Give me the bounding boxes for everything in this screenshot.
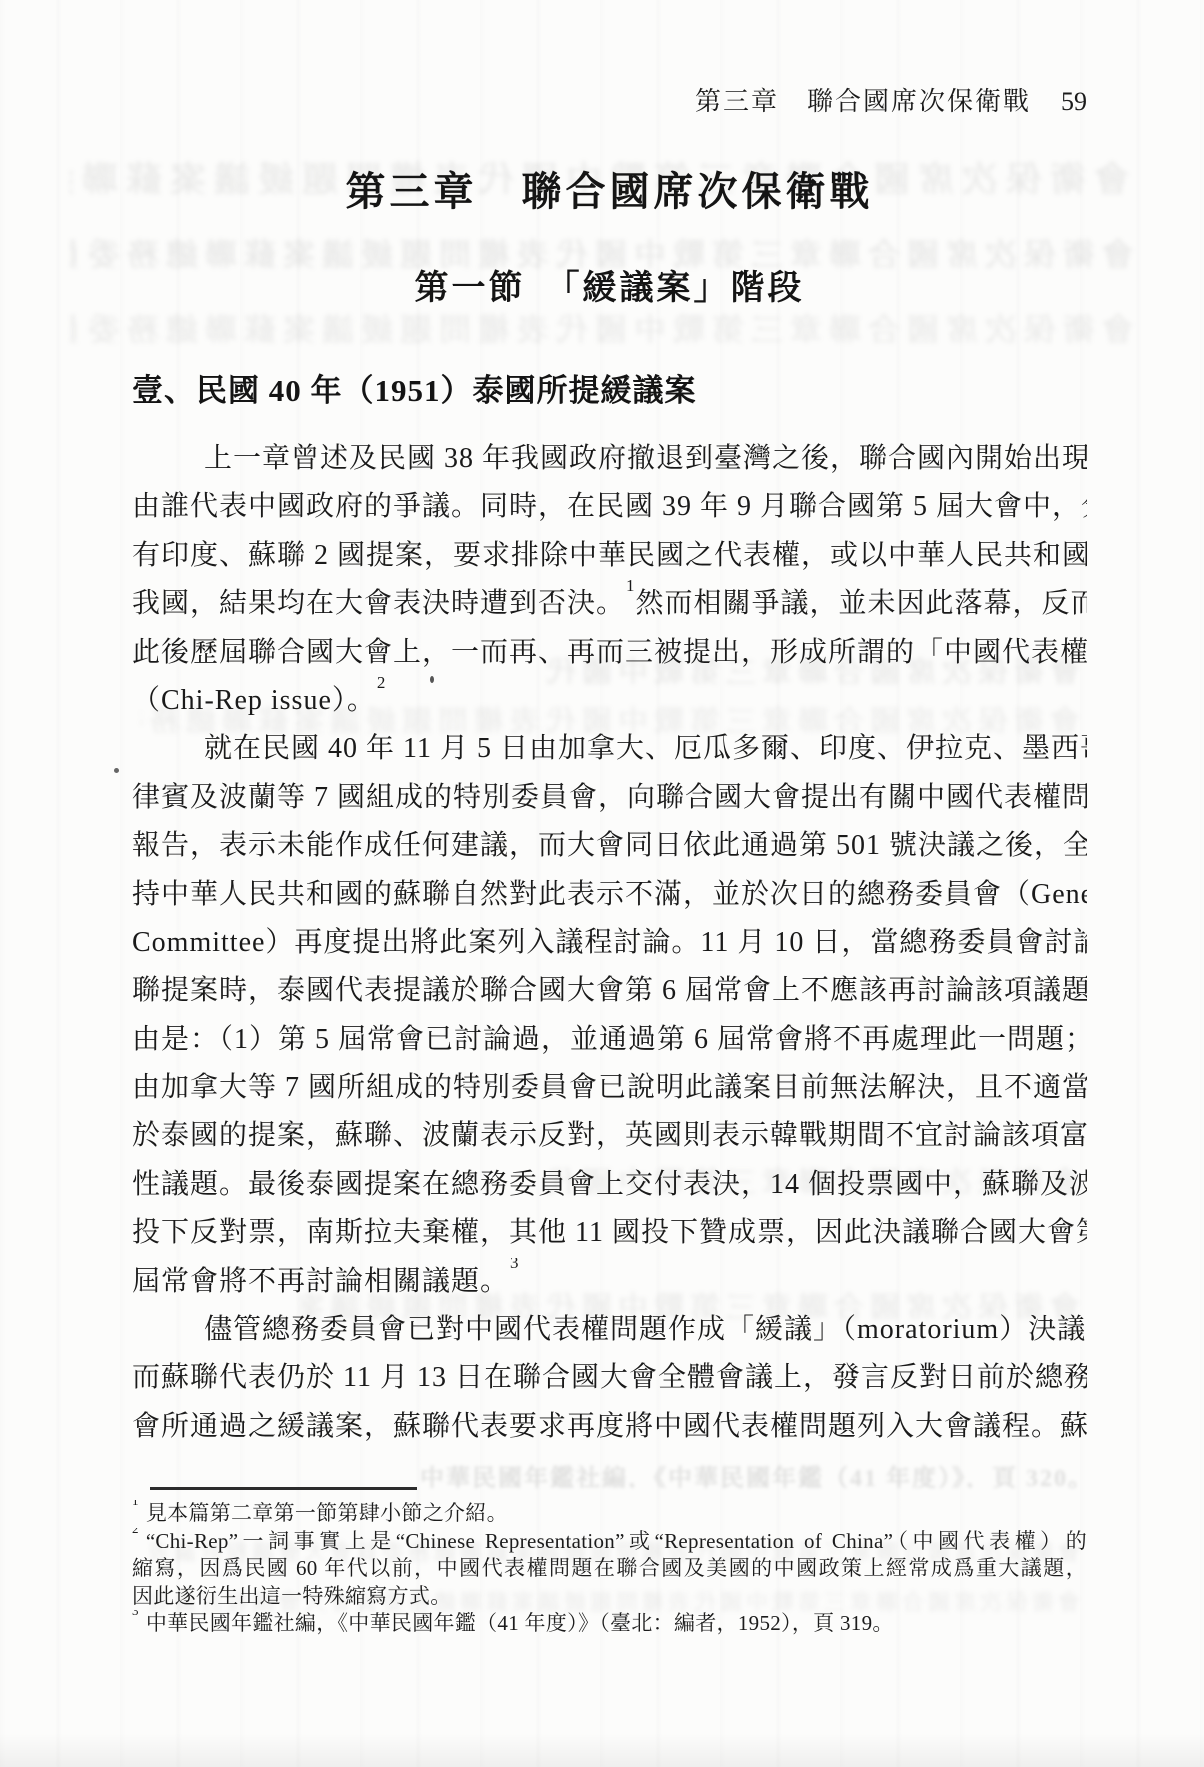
body-line: 而蘇聯代表仍於 11 月 13 日在聯合國大會全體會議上，發言反對日前於總務委員 xyxy=(132,1354,1087,1402)
footnote-text: “Chi-Rep”一詞事實上是“Chinese Representation”或… xyxy=(146,1529,1087,1553)
body-line: 於泰國的提案，蘇聯、波蘭表示反對，英國則表示韓戰期間不宜討論該項富刺激 xyxy=(132,1112,1087,1160)
line-text: 由加拿大等 7 國所組成的特別委員會已說明此議案目前無法解決，且不適當。對 xyxy=(132,1072,1087,1103)
line-text: 聯提案時，泰國代表提議於聯合國大會第 6 屆常會上不應該再討論該項議題，理 xyxy=(132,975,1087,1006)
footnote-ref: 3 xyxy=(510,1258,519,1273)
body-line: 就在民國 40 年 11 月 5 日由加拿大、厄瓜多爾、印度、伊拉克、墨西哥、菲 xyxy=(132,725,1087,773)
body-line: 上一章曾述及民國 38 年我國政府撤退到臺灣之後，聯合國內開始出現應該 xyxy=(132,435,1087,483)
line-text: 而蘇聯代表仍於 11 月 13 日在聯合國大會全體會議上，發言反對日前於總務委員 xyxy=(132,1362,1087,1393)
scanned-book-page: 會衛保次席國合聯章三第戰中國代表權問題緩議案蘇聯總務委員會大會議程討論表決反對贊… xyxy=(0,0,1204,1767)
line-text: 投下反對票，南斯拉夫棄權，其他 11 國投下贊成票，因此決議聯合國大會第 6 xyxy=(132,1217,1087,1248)
footnote: 3中華民國年鑑社編，《中華民國年鑑（41 年度）》（臺北：編者，1952），頁 … xyxy=(132,1610,1087,1638)
footnote-text: 縮寫，因爲民國 60 年代以前，中國代表權問題在聯合國及美國的中國政策上經常成爲… xyxy=(132,1556,1087,1580)
line-text: 我國，結果均在大會表決時遭到否決。 xyxy=(132,588,625,619)
line-text: 由誰代表中國政府的爭議。同時，在民國 39 年 9 月聯合國第 5 屆大會中，分… xyxy=(132,491,1087,522)
line-text: 持中華人民共和國的蘇聯自然對此表示不滿，並於次日的總務委員會（General xyxy=(132,879,1087,910)
footnote-text: 見本篇第二章第一節第肆小節之介紹。 xyxy=(146,1501,508,1525)
body-line: 持中華人民共和國的蘇聯自然對此表示不滿，並於次日的總務委員會（General xyxy=(132,871,1087,919)
running-head: 第三章 聯合國席次保衛戰59 xyxy=(132,86,1087,118)
line-text: Committee）再度提出將此案列入議程討論。11 月 10 日，當總務委員會… xyxy=(132,927,1087,958)
line-text: 性議題。最後泰國提案在總務委員會上交付表決，14 個投票國中，蘇聯及波蘭 xyxy=(132,1169,1087,1200)
line-text: 由是：（1）第 5 屆常會已討論過，並通過第 6 屆常會將不再處理此一問題；（2… xyxy=(132,1024,1087,1055)
line-text: 儘管總務委員會已對中國代表權問題作成「緩議」（moratorium）決議，然 xyxy=(204,1314,1087,1345)
footnote-ref: 2 xyxy=(377,677,386,692)
paragraph: 上一章曾述及民國 38 年我國政府撤退到臺灣之後，聯合國內開始出現應該 由誰代表… xyxy=(132,435,1087,725)
line-text: 就在民國 40 年 11 月 5 日由加拿大、厄瓜多爾、印度、伊拉克、墨西哥、菲 xyxy=(204,733,1087,764)
paragraph: 儘管總務委員會已對中國代表權問題作成「緩議」（moratorium）決議，然 而… xyxy=(132,1306,1087,1451)
running-head-chapter: 第三章 聯合國席次保衛戰 xyxy=(695,87,1031,116)
line-text: 律賓及波蘭等 7 國組成的特別委員會，向聯合國大會提出有關中國代表權問題的 xyxy=(132,782,1087,813)
paragraph: 就在民國 40 年 11 月 5 日由加拿大、厄瓜多爾、印度、伊拉克、墨西哥、菲… xyxy=(132,725,1087,1306)
footnote-marker: 1 xyxy=(132,1500,139,1508)
line-text: （Chi-Rep issue）。 xyxy=(132,685,376,716)
body-text: 上一章曾述及民國 38 年我國政府撤退到臺灣之後，聯合國內開始出現應該 由誰代表… xyxy=(132,435,1087,1451)
running-head-page-number: 59 xyxy=(1061,86,1087,118)
footnote: 1見本篇第二章第一節第肆小節之介紹。 xyxy=(132,1500,1087,1528)
body-line: 會所通過之緩議案，蘇聯代表要求再度將中國代表權問題列入大會議程。蘇聯此 xyxy=(132,1403,1087,1451)
footnote: 2“Chi-Rep”一詞事實上是“Chinese Representation”… xyxy=(132,1528,1087,1556)
subsection-heading: 壹、民國 40 年（1951）泰國所提緩議案 xyxy=(132,374,1087,408)
line-text: 然而相關爭議，並未因此落幕，反而在 xyxy=(636,588,1087,619)
page-content: 第三章 聯合國席次保衛戰59 第三章 聯合國席次保衛戰 第一節 「緩議案」階段 … xyxy=(0,0,1204,1638)
footnote-ref: 1 xyxy=(626,580,635,595)
footnote-text: 因此遂衍生出這一特殊縮寫方式。 xyxy=(132,1584,452,1608)
body-line: 有印度、蘇聯 2 國提案，要求排除中華民國之代表權，或以中華人民共和國取代 xyxy=(132,532,1087,580)
body-line: 由是：（1）第 5 屆常會已討論過，並通過第 6 屆常會將不再處理此一問題；（2… xyxy=(132,1016,1087,1064)
body-line: （Chi-Rep issue）。2 xyxy=(132,677,1087,725)
footnote-marker: 3 xyxy=(132,1610,139,1618)
body-line: 律賓及波蘭等 7 國組成的特別委員會，向聯合國大會提出有關中國代表權問題的 xyxy=(132,774,1087,822)
line-text: 於泰國的提案，蘇聯、波蘭表示反對，英國則表示韓戰期間不宜討論該項富刺激 xyxy=(132,1120,1087,1151)
line-text: 報告，表示未能作成任何建議，而大會同日依此通過第 501 號決議之後，全力支 xyxy=(132,830,1087,861)
footnote-marker: 2 xyxy=(132,1528,139,1536)
line-text: 會所通過之緩議案，蘇聯代表要求再度將中國代表權問題列入大會議程。蘇聯此 xyxy=(132,1411,1087,1442)
footnotes: 1見本篇第二章第一節第肆小節之介紹。 2“Chi-Rep”一詞事實上是“Chin… xyxy=(132,1500,1087,1638)
section-title: 第一節 「緩議案」階段 xyxy=(132,270,1087,308)
chapter-title: 第三章 聯合國席次保衛戰 xyxy=(132,170,1087,214)
footnote-line: 縮寫，因爲民國 60 年代以前，中國代表權問題在聯合國及美國的中國政策上經常成爲… xyxy=(132,1555,1087,1583)
body-line: 由加拿大等 7 國所組成的特別委員會已說明此議案目前無法解決，且不適當。對 xyxy=(132,1064,1087,1112)
body-line: 由誰代表中國政府的爭議。同時，在民國 39 年 9 月聯合國第 5 屆大會中，分… xyxy=(132,483,1087,531)
line-text: 上一章曾述及民國 38 年我國政府撤退到臺灣之後，聯合國內開始出現應該 xyxy=(204,443,1087,474)
body-line: 屆常會將不再討論相關議題。3 xyxy=(132,1258,1087,1306)
line-text: 有印度、蘇聯 2 國提案，要求排除中華民國之代表權，或以中華人民共和國取代 xyxy=(132,540,1087,571)
footnote-line: 因此遂衍生出這一特殊縮寫方式。 xyxy=(132,1583,1087,1611)
body-line: 儘管總務委員會已對中國代表權問題作成「緩議」（moratorium）決議，然 xyxy=(132,1306,1087,1354)
footnote-text: 中華民國年鑑社編，《中華民國年鑑（41 年度）》（臺北：編者，1952），頁 3… xyxy=(146,1611,894,1635)
body-line: 此後歷屆聯合國大會上，一而再、再而三被提出，形成所謂的「中國代表權問題」 xyxy=(132,629,1087,677)
footnote-separator xyxy=(150,1487,417,1490)
line-text: 此後歷屆聯合國大會上，一而再、再而三被提出，形成所謂的「中國代表權問題」 xyxy=(132,637,1087,668)
body-line: 報告，表示未能作成任何建議，而大會同日依此通過第 501 號決議之後，全力支 xyxy=(132,822,1087,870)
line-text: 屆常會將不再討論相關議題。 xyxy=(132,1266,509,1297)
body-line: Committee）再度提出將此案列入議程討論。11 月 10 日，當總務委員會… xyxy=(132,919,1087,967)
body-line: 性議題。最後泰國提案在總務委員會上交付表決，14 個投票國中，蘇聯及波蘭 xyxy=(132,1161,1087,1209)
body-line: 聯提案時，泰國代表提議於聯合國大會第 6 屆常會上不應該再討論該項議題，理 xyxy=(132,967,1087,1015)
body-line: 投下反對票，南斯拉夫棄權，其他 11 國投下贊成票，因此決議聯合國大會第 6 xyxy=(132,1209,1087,1257)
body-line: 我國，結果均在大會表決時遭到否決。1然而相關爭議，並未因此落幕，反而在 xyxy=(132,580,1087,628)
